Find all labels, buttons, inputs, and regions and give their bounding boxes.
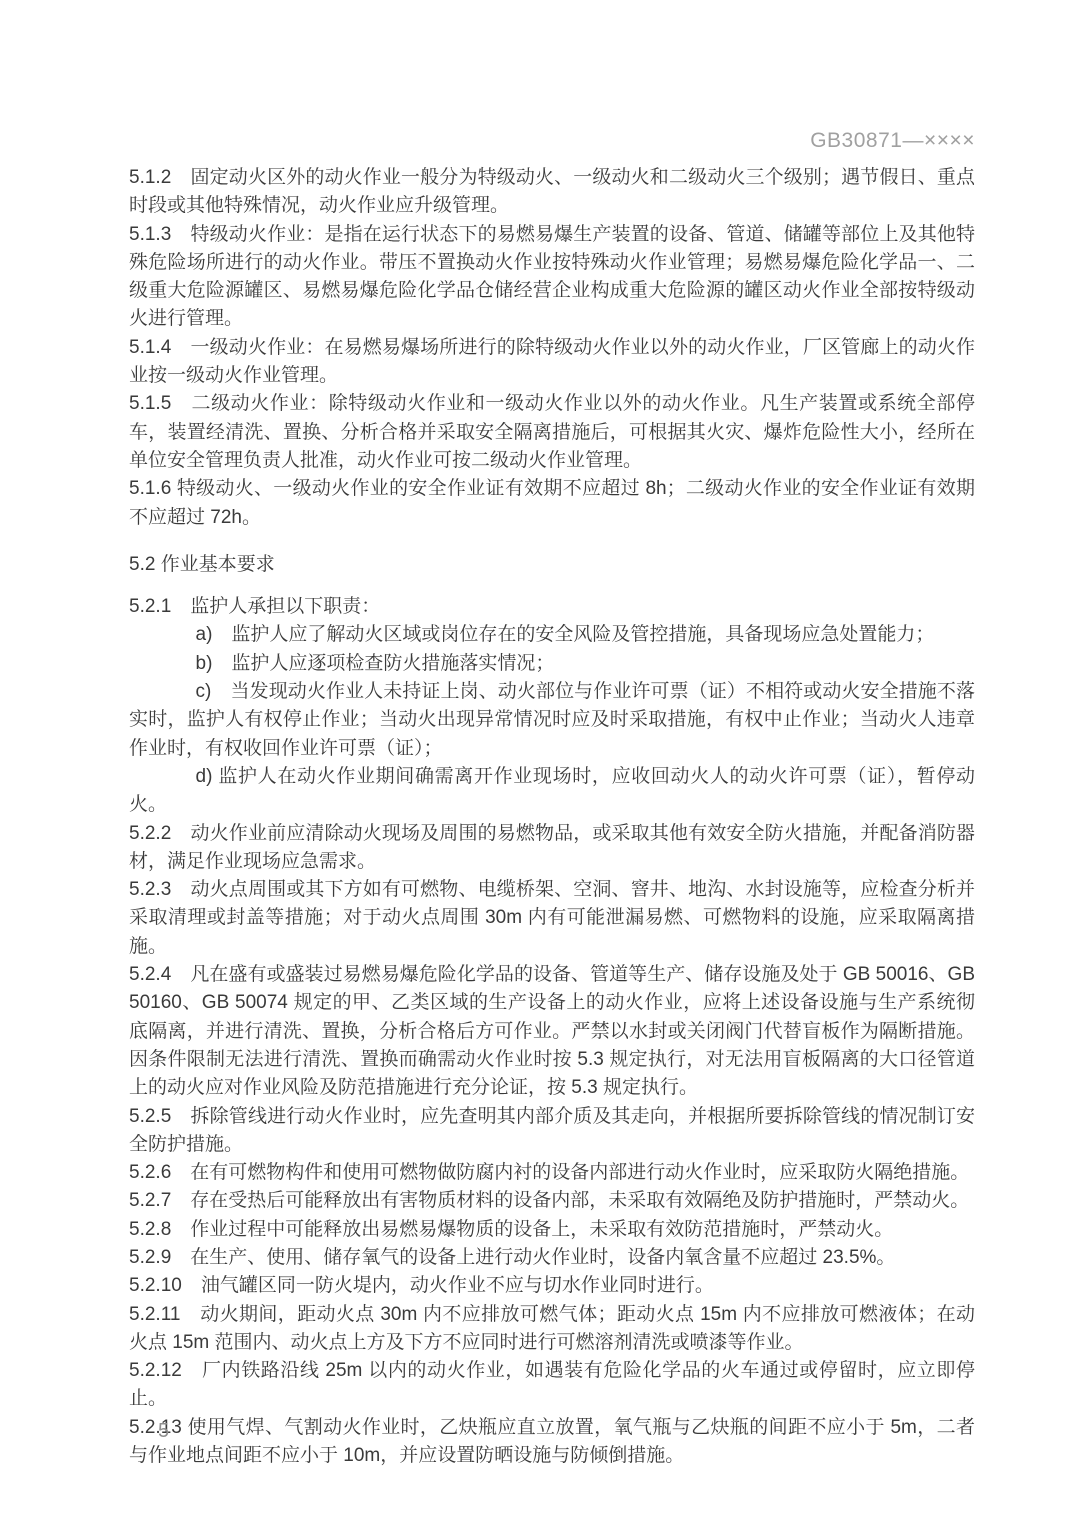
paragraph-5-2-12: 5.2.12 厂内铁路沿线 25m 以内的动火作业，如遇装有危险化学品的火车通过… <box>129 1357 975 1414</box>
list-item-d: d) 监护人在动火作业期间确需离开作业现场时，应收回动火人的动火许可票（证），暂… <box>129 763 975 820</box>
document-code-header: GB30871—×××× <box>810 129 975 153</box>
paragraph-5-1-2: 5.1.2 固定动火区外的动火作业一般分为特级动火、一级动火和二级动火三个级别；… <box>129 164 975 221</box>
list-item-b: b) 监护人应逐项检查防火措施落实情况； <box>129 650 975 678</box>
paragraph-5-1-3: 5.1.3 特级动火作业：是指在运行状态下的易燃易爆生产装置的设备、管道、储罐等… <box>129 221 975 334</box>
document-page: GB30871—×××× 5.1.2 固定动火区外的动火作业一般分为特级动火、一… <box>0 0 1080 1527</box>
paragraph-5-2-9: 5.2.9 在生产、使用、储存氧气的设备上进行动火作业时，设备内氧含量不应超过 … <box>129 1244 975 1272</box>
paragraph-5-2-13: 5.2.13 使用气焊、气割动火作业时，乙炔瓶应直立放置，氧气瓶与乙炔瓶的间距不… <box>129 1414 975 1471</box>
paragraph-5-2-4: 5.2.4 凡在盛有或盛装过易燃易爆危险化学品的设备、管道等生产、储存设施及处于… <box>129 961 975 1102</box>
paragraph-5-2-2: 5.2.2 动火作业前应清除动火现场及周围的易燃物品，或采取其他有效安全防火措施… <box>129 820 975 877</box>
paragraph-5-2-7: 5.2.7 存在受热后可能释放出有害物质材料的设备内部，未采取有效隔绝及防护措施… <box>129 1187 975 1215</box>
list-item-a: a) 监护人应了解动火区域或岗位存在的安全风险及管控措施，具备现场应急处置能力； <box>129 621 975 649</box>
paragraph-5-2-8: 5.2.8 作业过程中可能释放出易燃易爆物质的设备上，未采取有效防范措施时，严禁… <box>129 1216 975 1244</box>
list-item-c: c) 当发现动火作业人未持证上岗、动火部位与作业许可票（证）不相符或动火安全措施… <box>129 678 975 763</box>
paragraph-5-1-4: 5.1.4 一级动火作业：在易燃易爆场所进行的除特级动火作业以外的动火作业，厂区… <box>129 334 975 391</box>
paragraph-5-2-3: 5.2.3 动火点周围或其下方如有可燃物、电缆桥架、空洞、窨井、地沟、水封设施等… <box>129 876 975 961</box>
paragraph-5-2-10: 5.2.10 油气罐区同一防火堤内，动火作业不应与切水作业同时进行。 <box>129 1272 975 1300</box>
paragraph-5-1-6: 5.1.6 特级动火、一级动火作业的安全作业证有效期不应超过 8h；二级动火作业… <box>129 475 975 532</box>
section-heading-5-2: 5.2 作业基本要求 <box>129 551 975 579</box>
paragraph-5-2-5: 5.2.5 拆除管线进行动火作业时，应先查明其内部介质及其走向，并根据所要拆除管… <box>129 1103 975 1160</box>
page-number: 5 <box>158 1420 169 1443</box>
document-body: 5.1.2 固定动火区外的动火作业一般分为特级动火、一级动火和二级动火三个级别；… <box>129 164 975 1470</box>
paragraph-5-2-6: 5.2.6 在有可燃物构件和使用可燃物做防腐内衬的设备内部进行动火作业时，应采取… <box>129 1159 975 1187</box>
paragraph-5-2-1: 5.2.1 监护人承担以下职责： <box>129 593 975 621</box>
paragraph-5-2-11: 5.2.11 动火期间，距动火点 30m 内不应排放可燃气体；距动火点 15m … <box>129 1301 975 1358</box>
paragraph-5-1-5: 5.1.5 二级动火作业：除特级动火作业和一级动火作业以外的动火作业。凡生产装置… <box>129 390 975 475</box>
